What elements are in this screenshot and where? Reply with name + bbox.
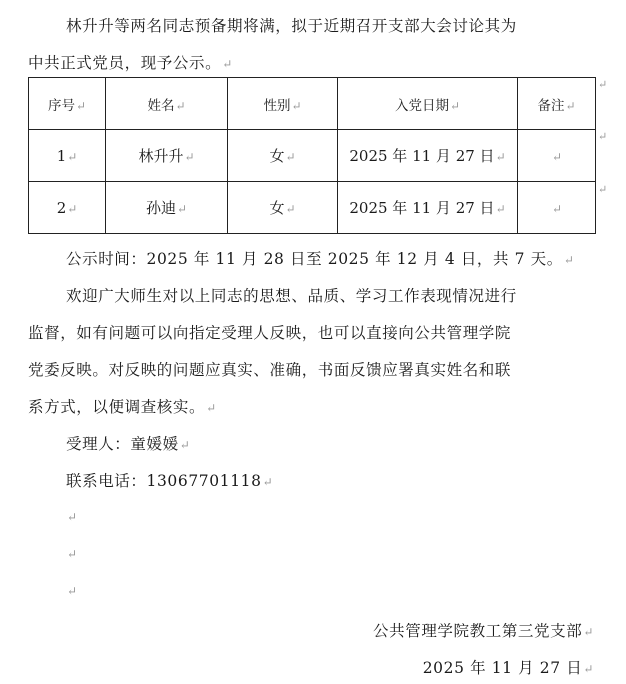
signature-org-line: 公共管理学院教工第三党支部↵ (373, 619, 594, 641)
empty-paragraph: ↵ (66, 544, 78, 562)
phone-line: 联系电话：13067701118↵ (66, 469, 273, 491)
table-row: 1↵ 林升升↵ 女↵ 2025 年 11 月 27 日↵ ↵ (29, 130, 596, 182)
intro-text-2: 中共正式党员，现予公示。 (28, 54, 221, 72)
paragraph-mark-icon: ↵ (222, 57, 233, 71)
paragraph-mark-icon: ↵ (583, 625, 594, 639)
cell-date: 2025 年 11 月 27 日↵ (338, 182, 518, 234)
welcome-text-1: 欢迎广大师生对以上同志的思想、品质、学习工作表现情况进行 (66, 287, 517, 305)
paragraph-mark-icon: ↵ (180, 438, 191, 452)
period-line: 公示时间：2025 年 11 月 28 日至 2025 年 12 月 4 日，共… (66, 247, 575, 269)
paragraph-mark-icon: ↵ (67, 547, 78, 561)
paragraph-mark-icon: ↵ (583, 662, 594, 676)
intro-text-1: 林升升等两名同志预备期将满，拟于近期召开支部大会讨论其为 (66, 17, 517, 35)
cell-gender: 女↵ (228, 130, 338, 182)
row-end-mark-icon: ↵ (598, 130, 607, 143)
header-name: 姓名↵ (106, 78, 228, 130)
cell-no: 1↵ (29, 130, 106, 182)
handler-line: 受理人：童媛媛↵ (66, 432, 190, 454)
table-row: 2↵ 孙迪↵ 女↵ 2025 年 11 月 27 日↵ ↵ (29, 182, 596, 234)
row-end-mark-icon: ↵ (598, 78, 607, 91)
cell-gender: 女↵ (228, 182, 338, 234)
handler-text: 受理人：童媛媛 (66, 435, 179, 453)
paragraph-mark-icon: ↵ (564, 253, 575, 267)
paragraph-mark-icon: ↵ (263, 475, 274, 489)
header-gender: 性别↵ (228, 78, 338, 130)
welcome-line-4: 系方式，以便调查核实。↵ (28, 395, 217, 417)
period-text: 公示时间：2025 年 11 月 28 日至 2025 年 12 月 4 日，共… (66, 250, 563, 268)
paragraph-mark-icon: ↵ (67, 584, 78, 598)
welcome-line-3: 党委反映。对反映的问题应真实、准确，书面反馈应署真实姓名和联 (28, 358, 511, 380)
row-end-mark-icon: ↵ (598, 183, 607, 196)
welcome-text-3: 党委反映。对反映的问题应真实、准确，书面反馈应署真实姓名和联 (28, 361, 511, 379)
header-date: 入党日期↵ (338, 78, 518, 130)
cell-name: 孙迪↵ (106, 182, 228, 234)
signature-org: 公共管理学院教工第三党支部 (373, 622, 582, 640)
member-table: 序号↵ 姓名↵ 性别↵ 入党日期↵ 备注↵ 1↵ 林升升↵ 女↵ 2025 年 … (28, 77, 596, 234)
welcome-text-2: 监督，如有问题可以向指定受理人反映，也可以直接向公共管理学院 (28, 324, 511, 342)
paragraph-mark-icon: ↵ (67, 510, 78, 524)
paragraph-mark-icon: ↵ (206, 401, 217, 415)
table-header-row: 序号↵ 姓名↵ 性别↵ 入党日期↵ 备注↵ (29, 78, 596, 130)
cell-note: ↵ (518, 130, 596, 182)
header-no: 序号↵ (29, 78, 106, 130)
intro-line-2: 中共正式党员，现予公示。↵ (28, 51, 233, 73)
cell-date: 2025 年 11 月 27 日↵ (338, 130, 518, 182)
empty-paragraph: ↵ (66, 507, 78, 525)
cell-name: 林升升↵ (106, 130, 228, 182)
empty-paragraph: ↵ (66, 581, 78, 599)
welcome-line-2: 监督，如有问题可以向指定受理人反映，也可以直接向公共管理学院 (28, 321, 511, 343)
cell-no: 2↵ (29, 182, 106, 234)
intro-line-1: 林升升等两名同志预备期将满，拟于近期召开支部大会讨论其为 (66, 14, 517, 36)
header-note: 备注↵ (518, 78, 596, 130)
welcome-text-4: 系方式，以便调查核实。 (28, 398, 205, 416)
signature-date-line: 2025 年 11 月 27 日↵ (423, 656, 594, 678)
welcome-line-1: 欢迎广大师生对以上同志的思想、品质、学习工作表现情况进行 (66, 284, 517, 306)
signature-date: 2025 年 11 月 27 日 (423, 659, 583, 677)
cell-note: ↵ (518, 182, 596, 234)
phone-text: 联系电话：13067701118 (66, 472, 262, 490)
